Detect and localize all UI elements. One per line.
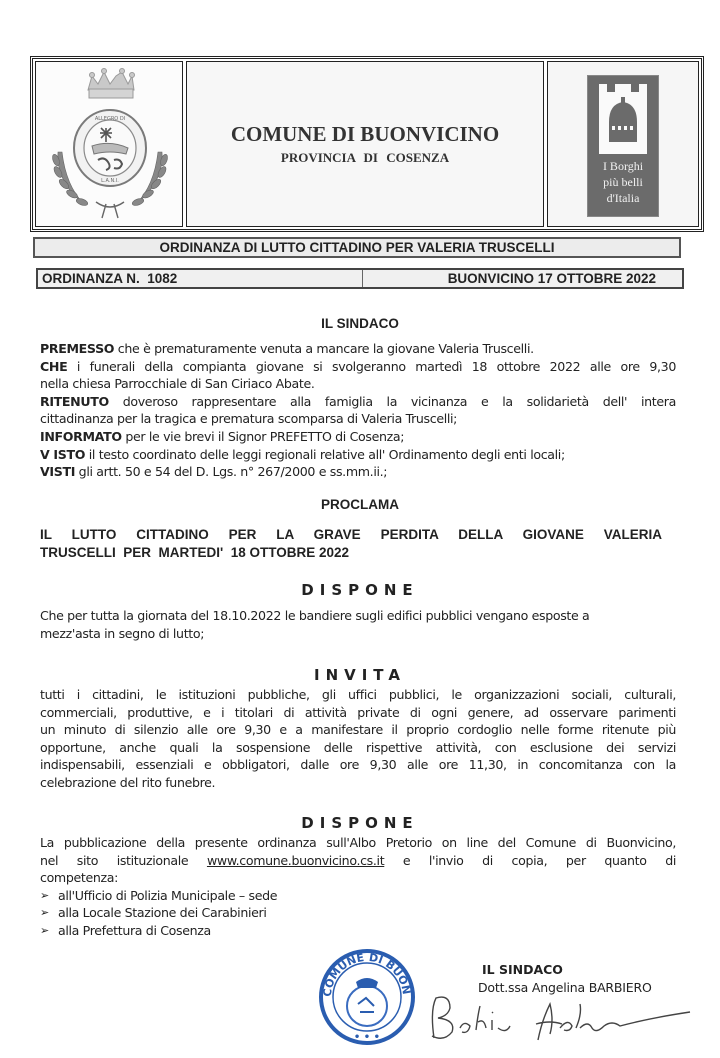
- official-stamp-icon: COMUNE DI BUONVICINO • • •: [316, 946, 418, 1048]
- arrow-bullet-icon: ➢: [40, 887, 58, 905]
- comune-title-cell: COMUNE DI BUONVICINO PROVINCIA DI COSENZ…: [186, 61, 544, 227]
- premise-che: CHE i funerali della compianta giovane s…: [40, 358, 676, 376]
- svg-text:ALLEGRO DI: ALLEGRO DI: [95, 116, 125, 122]
- list-item: ➢alla Locale Stazione dei Carabinieri: [40, 904, 676, 922]
- invita-heading: INVITA: [0, 666, 720, 684]
- list-item: ➢all'Ufficio di Polizia Municipale – sed…: [40, 887, 676, 905]
- borghi-logo-cell: I Borghi più belli d'Italia: [547, 61, 699, 227]
- premise-informato: INFORMATO per le vie brevi il Signor PRE…: [40, 428, 676, 446]
- dispone-publication-heading: DISPONE: [0, 814, 720, 832]
- premises-section: PREMESSO che è prematuramente venuta a m…: [40, 340, 676, 481]
- signature-title: IL SINDACO: [482, 962, 652, 977]
- proclama-text: IL LUTTO CITTADINO PER LA GRAVE PERDITA …: [40, 526, 662, 562]
- dispone-publication-text: La pubblicazione della presente ordinanz…: [40, 834, 676, 940]
- sindaco-heading: IL SINDACO: [0, 316, 720, 331]
- dispone-flags-text: Che per tutta la giornata del 18.10.2022…: [40, 607, 676, 642]
- letterhead: ALLEGRO DI L.A.N.I.: [30, 56, 704, 232]
- provincia-subtitle: PROVINCIA DI COSENZA: [281, 150, 449, 166]
- ordinance-reference-bar: ORDINANZA N. 1082 BUONVICINO 17 OTTOBRE …: [36, 268, 684, 289]
- borghi-logo: I Borghi più belli d'Italia: [587, 75, 659, 217]
- arrow-bullet-icon: ➢: [40, 904, 58, 922]
- dispone-heading: DISPONE: [0, 581, 720, 599]
- svg-text:COMUNE DI BUONVICINO: COMUNE DI BUONVICINO: [316, 946, 413, 997]
- svg-text:• • •: • • •: [354, 1032, 380, 1043]
- svg-text:L.A.N.I.: L.A.N.I.: [101, 178, 119, 184]
- coat-of-arms-icon: ALLEGRO DI L.A.N.I.: [36, 62, 180, 226]
- handwritten-signature-icon: [420, 990, 700, 1050]
- premise-premesso: PREMESSO che è prematuramente venuta a m…: [40, 340, 676, 358]
- premise-ritenuto: RITENUTO doveroso rappresentare alla fam…: [40, 393, 676, 411]
- arrow-bullet-icon: ➢: [40, 922, 58, 940]
- premise-visto: V ISTO il testo coordinato delle leggi r…: [40, 446, 676, 464]
- invita-text: tutti i cittadini, le istituzioni pubbli…: [40, 686, 676, 792]
- proclama-heading: PROCLAMA: [0, 497, 720, 512]
- borghi-logo-text: I Borghi più belli d'Italia: [603, 158, 643, 206]
- castle-tower-icon: [597, 82, 649, 154]
- list-item: ➢alla Prefettura di Cosenza: [40, 922, 676, 940]
- recipients-list: ➢all'Ufficio di Polizia Municipale – sed…: [40, 887, 676, 940]
- comune-title: COMUNE DI BUONVICINO: [231, 122, 499, 147]
- ordinance-title-bar: ORDINANZA DI LUTTO CITTADINO PER VALERIA…: [33, 237, 681, 258]
- coat-of-arms-cell: ALLEGRO DI L.A.N.I.: [35, 61, 183, 227]
- premise-visti: VISTI gli artt. 50 e 54 del D. Lgs. n° 2…: [40, 463, 676, 481]
- ordinance-number: ORDINANZA N. 1082: [38, 270, 363, 287]
- place-date: BUONVICINO 17 OTTOBRE 2022: [363, 270, 682, 287]
- website-link[interactable]: www.comune.buonvicino.cs.it: [207, 853, 384, 868]
